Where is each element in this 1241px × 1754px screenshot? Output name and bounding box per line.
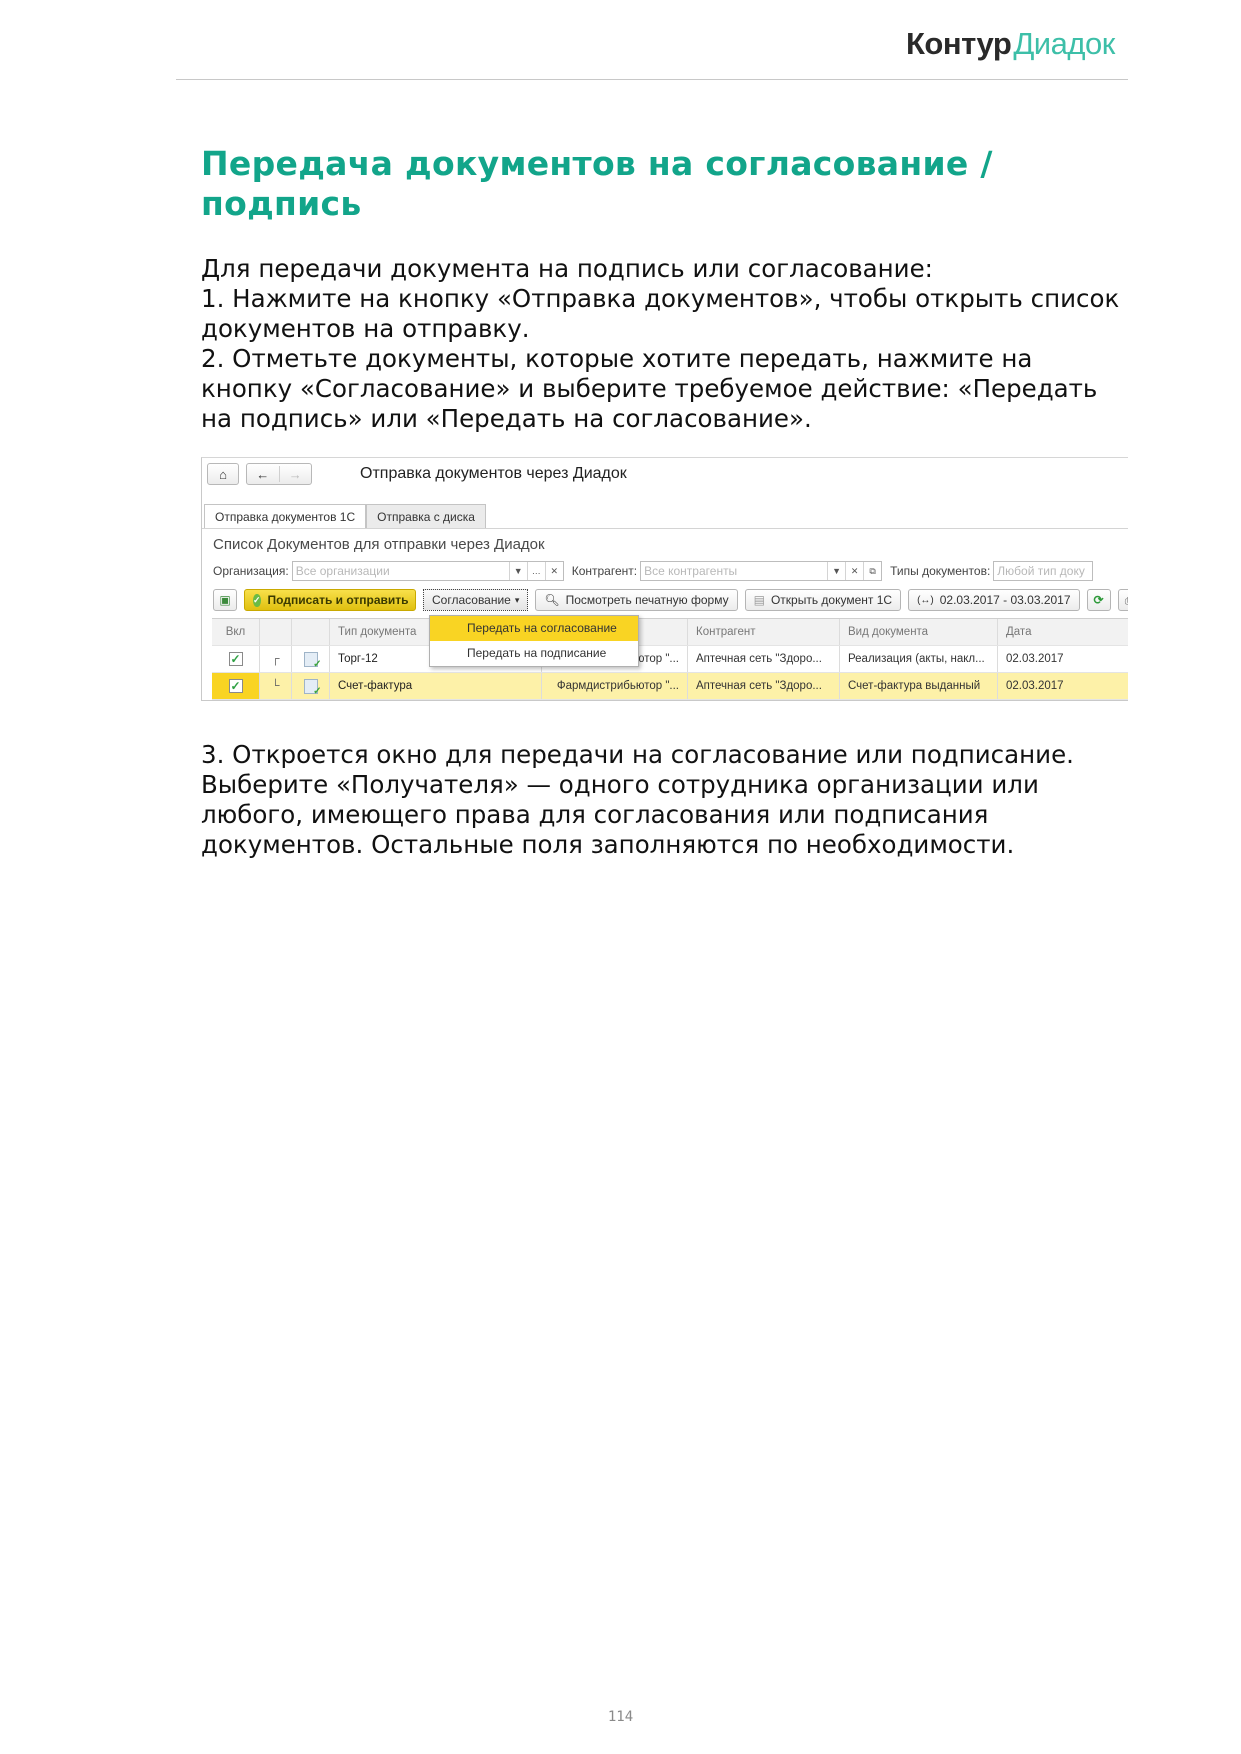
step-3: 3. Откроется окно для передачи на соглас… — [201, 740, 1131, 860]
table-header: Вкл Тип документа Контрагент Вид докумен… — [212, 619, 1128, 646]
date-cell: 02.03.2017 — [998, 673, 1128, 699]
col-enabled[interactable]: Вкл — [212, 619, 260, 645]
sign-and-send-label: Подписать и отправить — [268, 593, 409, 607]
tab-send-from-disk[interactable]: Отправка с диска — [366, 504, 486, 528]
dropdown-icon[interactable]: ▼ — [509, 562, 527, 580]
document-signed-icon — [304, 652, 318, 667]
filter-row: Организация: Все организации ▼ … ✕ Контр… — [213, 561, 1093, 581]
checkbox-checked-icon: ✓ — [229, 652, 243, 666]
step-2: 2. Отметьте документы, которые хотите пе… — [201, 344, 1131, 434]
magnifier-icon: 🔍︎ — [544, 593, 559, 607]
org-placeholder: Все организации — [293, 562, 509, 580]
logo-diadoc: Диадок — [1013, 26, 1114, 61]
check-list-icon: ▣ — [219, 593, 230, 607]
col-icon — [292, 619, 330, 645]
history-nav: ← → — [246, 463, 312, 485]
toolbar: ▣ ✓ Подписать и отправить Согласование ▾… — [213, 589, 1128, 611]
dropdown-icon[interactable]: ▼ — [827, 562, 845, 580]
doc-kind-cell: Счет-фактура выданный — [840, 673, 998, 699]
clear-icon[interactable]: ✕ — [545, 562, 563, 580]
kontragent-cell: Аптечная сеть "Здоро... — [688, 646, 840, 672]
doc-type-cell: Счет-фактура — [330, 673, 542, 699]
page-title: Передача документов на согласование /под… — [201, 144, 1081, 224]
tree-branch: └ — [260, 673, 292, 699]
home-button[interactable]: ⌂ — [207, 463, 239, 485]
col-tree — [260, 619, 292, 645]
period-icon: (↔) — [917, 595, 934, 606]
approval-menu: Передать на согласование Передать на под… — [429, 615, 639, 667]
period-button[interactable]: (↔) 02.03.2017 - 03.03.2017 — [908, 589, 1079, 611]
refresh-icon: ⟳ — [1093, 593, 1103, 607]
page-number: 114 — [0, 1709, 1241, 1725]
kontragent-field[interactable]: Все контрагенты ▼ ✕ ⧉ — [640, 561, 882, 581]
view-print-label: Посмотреть печатную форму — [566, 593, 729, 607]
screenshot-1c-send-documents: ⌂ ← → Отправка документов через Диадок О… — [201, 457, 1128, 701]
refresh-button[interactable]: ⟳ — [1087, 589, 1111, 611]
menu-item-send-for-approval[interactable]: Передать на согласование — [430, 616, 638, 641]
tree-branch: ┌ — [260, 646, 292, 672]
row-checkbox[interactable]: ✓ — [212, 646, 260, 672]
back-arrow-icon[interactable]: ← — [247, 467, 279, 482]
open-document-button[interactable]: ▤ Открыть документ 1С — [745, 589, 901, 611]
table-row[interactable]: ✓ └ Счет-фактура Фармдистрибьютор "... А… — [212, 673, 1128, 700]
intro-text: Для передачи документа на подпись или со… — [201, 254, 1131, 434]
org-field[interactable]: Все организации ▼ … ✕ — [292, 561, 564, 581]
more-icon[interactable]: … — [527, 562, 545, 580]
open-doc-label: Открыть документ 1С — [771, 593, 892, 607]
table-row[interactable]: ✓ ┌ Торг-12 ибьютор "... Аптечная сеть "… — [212, 646, 1128, 673]
document-signed-icon — [304, 679, 318, 694]
step-3-text: 3. Откроется окно для передачи на соглас… — [201, 740, 1131, 860]
kontur-diadoc-logo: КонтурДиадок — [906, 26, 1115, 62]
types-placeholder: Любой тип доку — [994, 562, 1092, 580]
step-1: 1. Нажмите на кнопку «Отправка документо… — [201, 284, 1131, 344]
types-label: Типы документов: — [890, 564, 990, 578]
tab-send-1c[interactable]: Отправка документов 1С — [204, 504, 366, 528]
tabs: Отправка документов 1С Отправка с диска — [204, 504, 486, 528]
menu-item-send-for-signing[interactable]: Передать на подписание — [430, 641, 638, 666]
header-divider — [176, 79, 1128, 80]
approval-dropdown-button[interactable]: Согласование ▾ — [423, 589, 528, 611]
check-circle-icon: ✓ — [253, 594, 261, 607]
document-icon: ▤ — [754, 593, 765, 607]
kontr-label: Контрагент: — [572, 564, 637, 578]
doc-status-cell — [292, 673, 330, 699]
org-label: Организация: — [213, 564, 289, 578]
kontragent-cell: Аптечная сеть "Здоро... — [688, 673, 840, 699]
col-kontragent[interactable]: Контрагент — [688, 619, 840, 645]
print-button[interactable]: ⎙ — [1118, 589, 1128, 611]
kontr-placeholder: Все контрагенты — [641, 562, 827, 580]
open-icon[interactable]: ⧉ — [863, 562, 881, 580]
doc-kind-cell: Реализация (акты, накл... — [840, 646, 998, 672]
clear-icon[interactable]: ✕ — [845, 562, 863, 580]
logo-kontur: Контур — [906, 26, 1011, 61]
doc-types-field[interactable]: Любой тип доку — [993, 561, 1093, 581]
col-date[interactable]: Дата — [998, 619, 1128, 645]
organization-cell: Фармдистрибьютор "... — [542, 673, 688, 699]
tabs-divider — [202, 528, 1128, 529]
printer-icon: ⎙ — [1125, 593, 1128, 608]
sign-and-send-button[interactable]: ✓ Подписать и отправить — [244, 589, 416, 611]
forward-arrow-icon[interactable]: → — [280, 467, 312, 482]
documents-table: Вкл Тип документа Контрагент Вид докумен… — [212, 618, 1128, 700]
checkbox-checked-icon: ✓ — [229, 679, 243, 693]
row-checkbox[interactable]: ✓ — [212, 673, 260, 699]
period-label: 02.03.2017 - 03.03.2017 — [940, 593, 1071, 607]
doc-status-cell — [292, 646, 330, 672]
approval-label: Согласование — [432, 593, 511, 607]
select-all-button[interactable]: ▣ — [213, 589, 237, 611]
chevron-down-icon: ▾ — [515, 595, 520, 606]
window-title: Отправка документов через Диадок — [360, 465, 627, 483]
list-title: Список Документов для отправки через Диа… — [213, 536, 545, 553]
view-print-form-button[interactable]: 🔍︎ Посмотреть печатную форму — [535, 589, 737, 611]
col-doc-kind[interactable]: Вид документа — [840, 619, 998, 645]
date-cell: 02.03.2017 — [998, 646, 1128, 672]
intro-line: Для передачи документа на подпись или со… — [201, 254, 1131, 284]
home-icon: ⌂ — [219, 467, 227, 482]
